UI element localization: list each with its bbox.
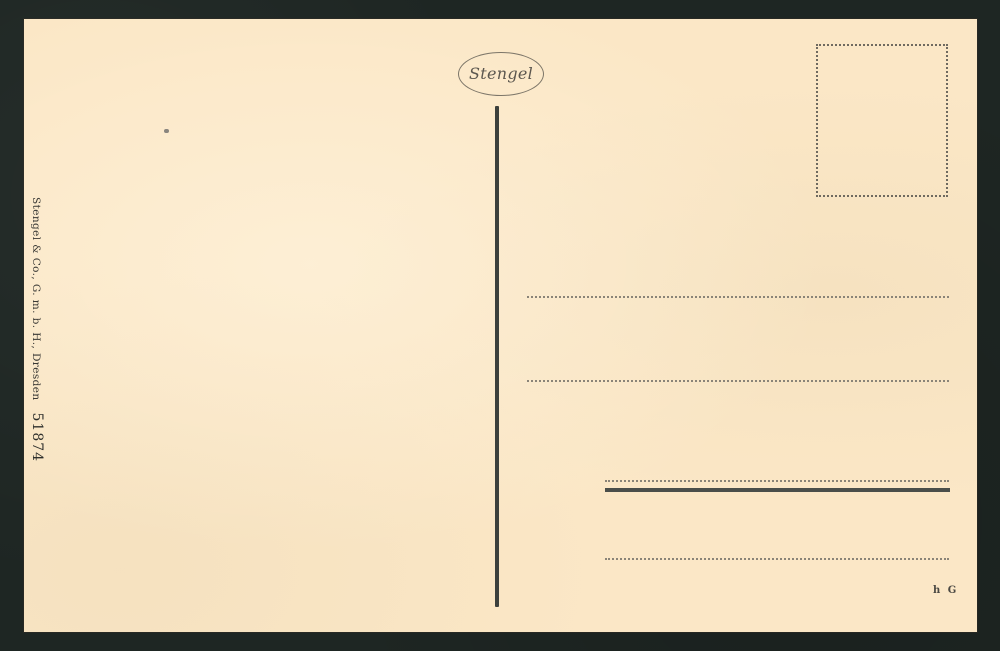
address-line-5: [605, 558, 949, 560]
address-line-2: [527, 380, 949, 382]
publisher-logo: Stengel: [458, 52, 544, 96]
stamp-box: [816, 44, 948, 197]
center-divider-line: [495, 106, 499, 607]
address-line-4-solid: [605, 488, 950, 492]
logo-text: Stengel: [469, 64, 533, 83]
postcard-back: Stengel Stengel & Co., G. m. b. H., Dres…: [24, 19, 977, 632]
corner-mark: h G: [933, 585, 958, 596]
publisher-imprint-text: Stengel & Co., G. m. b. H., Dresden: [30, 197, 42, 401]
address-line-3: [605, 480, 949, 482]
publisher-number: 51874: [29, 413, 45, 463]
paper-speck: [164, 129, 169, 133]
address-line-1: [527, 296, 949, 298]
